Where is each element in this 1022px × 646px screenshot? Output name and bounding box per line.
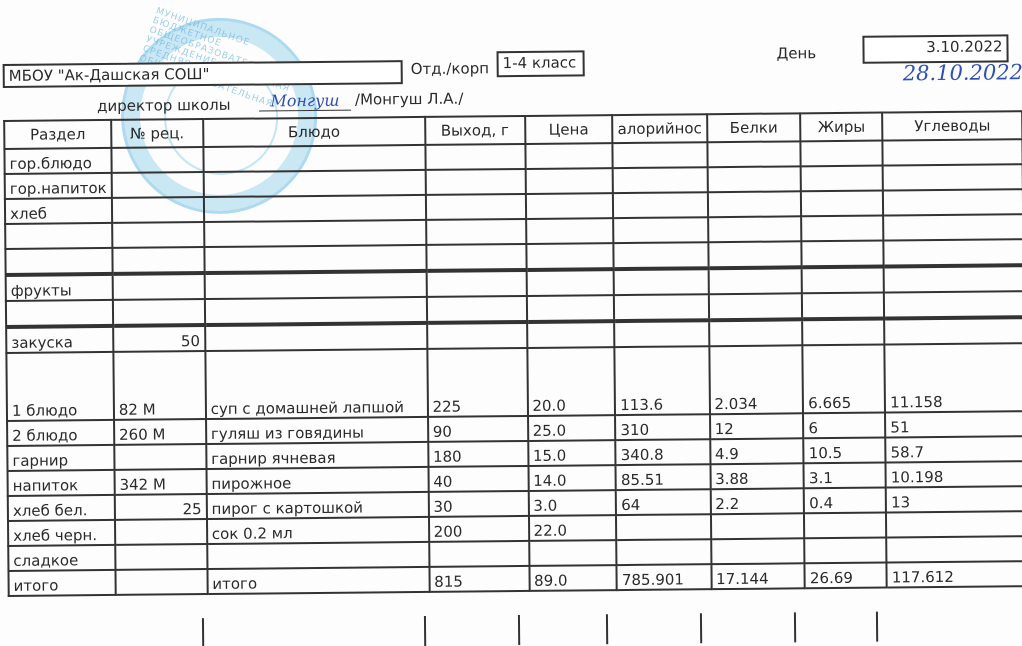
cell-price: 89.0	[529, 565, 617, 591]
cell-fat: 0.4	[804, 488, 886, 514]
cell-price	[525, 143, 613, 169]
cell-price: 15.0	[528, 440, 616, 466]
col-fat: Жиры	[800, 113, 882, 142]
cell-yield: 40	[428, 466, 528, 492]
cell-recipe	[112, 197, 204, 223]
cell-dish	[204, 220, 426, 247]
cell-protein	[709, 319, 803, 346]
cell-section: сладкое	[8, 545, 115, 571]
menu-table: Раздел № рец. Блюдо Выход, г Цена алорий…	[3, 110, 1022, 597]
cell-carbs: 11.158	[885, 343, 1022, 412]
cell-section: гор.блюдо	[4, 148, 111, 174]
cell-recipe	[115, 569, 207, 595]
cell-kcal	[617, 539, 711, 565]
cell-section: гарнир	[7, 445, 114, 471]
cell-carbs	[883, 214, 1022, 240]
cell-recipe	[112, 247, 204, 274]
cell-protein	[707, 191, 801, 217]
cell-yield	[425, 169, 525, 195]
cell-carbs	[884, 317, 1022, 344]
cell-fat: 6.665	[803, 345, 886, 414]
cell-yield: 30	[428, 491, 528, 517]
cell-dish: суп с домашней лапшой	[205, 349, 428, 419]
col-yield: Выход, г	[425, 116, 525, 145]
cell-yield: 200	[429, 516, 529, 542]
department-label: Отд./корп	[411, 59, 489, 78]
cell-price	[525, 168, 613, 194]
cell-fat	[802, 241, 884, 268]
cell-recipe: 25	[115, 494, 207, 520]
cell-protein: 4.9	[710, 438, 804, 464]
cell-section	[5, 248, 112, 275]
cell-carbs: 117.612	[887, 561, 1022, 587]
cell-yield	[426, 194, 526, 220]
col-price: Цена	[525, 115, 613, 144]
day-field: 3.10.2022	[862, 34, 1008, 63]
cell-recipe	[113, 273, 205, 300]
cell-yield	[429, 541, 529, 567]
cell-fat: 10.5	[804, 438, 886, 464]
cell-protein: 17.144	[711, 563, 805, 589]
cell-price: 20.0	[527, 347, 615, 416]
cell-recipe: 260 М	[114, 419, 206, 445]
col-dish: Блюдо	[203, 117, 425, 147]
school-name-field: МБОУ "Ак-Дашская СОШ"	[3, 60, 403, 88]
cell-kcal	[614, 294, 708, 321]
cell-recipe	[111, 147, 203, 173]
cell-price	[525, 193, 613, 219]
cell-carbs	[883, 139, 1022, 165]
cell-kcal	[614, 320, 708, 347]
cell-fat: 26.69	[805, 563, 887, 589]
cell-carbs: 58.7	[885, 436, 1022, 462]
cell-dish: пирожное	[206, 467, 428, 494]
cell-recipe	[112, 172, 204, 198]
cell-recipe: 50	[113, 325, 205, 352]
cell-kcal	[613, 217, 707, 243]
col-recipe: № рец.	[111, 119, 203, 148]
cell-carbs	[884, 291, 1022, 318]
cell-section: закуска	[6, 326, 113, 353]
cell-fat	[802, 293, 884, 320]
cell-protein	[711, 538, 805, 564]
director-signature: Монгуш	[259, 91, 351, 112]
cell-kcal: 785.901	[617, 564, 711, 590]
cell-carbs: 13	[886, 486, 1022, 512]
cell-carbs	[884, 265, 1022, 292]
cell-dish: гуляш из говядины	[206, 417, 428, 444]
cell-yield: 180	[428, 441, 528, 467]
cell-protein: 3.88	[710, 463, 804, 489]
cell-dish	[207, 542, 429, 569]
cell-yield	[426, 219, 526, 245]
cell-fat: 3.1	[804, 463, 886, 489]
cell-yield	[426, 296, 526, 323]
cell-fat	[802, 267, 884, 294]
cell-price: 25.0	[528, 415, 616, 441]
cell-protein	[707, 166, 801, 192]
cell-dish	[204, 195, 426, 222]
cell-protein	[710, 513, 804, 539]
cell-kcal: 113.6	[615, 346, 710, 415]
cell-section: фрукты	[6, 274, 113, 301]
cell-price	[526, 243, 614, 270]
director-label: директор школы	[97, 96, 231, 115]
cell-price: 14.0	[528, 465, 616, 491]
cell-yield	[425, 144, 525, 170]
cell-kcal	[616, 514, 710, 540]
cell-price	[526, 269, 614, 296]
cell-dish	[204, 271, 426, 299]
cell-dish: гарнир ячневая	[206, 442, 428, 469]
cell-kcal	[613, 167, 707, 193]
cell-section: итого	[8, 570, 115, 596]
menu-document: МУНИЦИПАЛЬНОЕ БЮДЖЕТНОЕ ОБЩЕОБРАЗОВАТЕЛЬ…	[0, 0, 1022, 646]
cell-section: гор.напиток	[5, 173, 112, 199]
cell-kcal: 85.51	[616, 464, 710, 490]
cell-fat: 6	[803, 413, 885, 439]
cell-kcal	[614, 268, 708, 295]
cell-protein	[708, 241, 802, 268]
col-kcal: алорийнос	[612, 114, 706, 143]
cell-section: 2 блюдо	[7, 420, 114, 446]
day-value: 3.10.2022	[926, 37, 1003, 56]
table-continuation-lines	[202, 610, 1022, 646]
cell-protein	[707, 141, 801, 167]
cell-recipe: 342 М	[114, 469, 206, 495]
cell-section: хлеб бел.	[8, 495, 115, 521]
cell-section: 1 блюдо	[6, 352, 114, 421]
cell-dish	[204, 245, 426, 273]
cell-dish: итого	[207, 567, 429, 594]
cell-dish	[205, 297, 427, 325]
cell-price	[526, 295, 614, 322]
cell-protein	[708, 293, 802, 320]
cell-dish	[205, 323, 427, 351]
cell-yield: 90	[428, 416, 528, 442]
cell-recipe	[114, 444, 206, 470]
cell-kcal: 64	[616, 489, 710, 515]
cell-protein	[708, 267, 802, 294]
day-label: День	[776, 44, 816, 62]
cell-price	[527, 321, 615, 348]
cell-price: 3.0	[528, 490, 616, 516]
school-name: МБОУ "Ак-Дашская СОШ"	[9, 65, 210, 85]
cell-section	[5, 223, 112, 249]
cell-yield: 225	[427, 348, 528, 417]
cell-price	[526, 218, 614, 244]
table-row: 1 блюдо82 Мсуп с домашней лапшой22520.01…	[6, 343, 1022, 421]
director-name: /Монгуш Л.А./	[355, 90, 464, 109]
cell-carbs: 51	[885, 411, 1022, 437]
cell-section: напиток	[8, 470, 115, 496]
cell-kcal	[614, 242, 708, 269]
cell-price	[529, 540, 617, 566]
cell-kcal	[613, 192, 707, 218]
col-protein: Белки	[707, 113, 801, 142]
cell-dish: пирог с картошкой	[206, 492, 428, 519]
cell-protein: 2.034	[709, 345, 803, 414]
cell-kcal: 340.8	[616, 439, 710, 465]
cell-yield	[427, 322, 527, 349]
cell-protein: 12	[710, 413, 804, 439]
cell-fat	[801, 216, 883, 242]
cell-carbs	[886, 511, 1022, 537]
cell-dish: сок 0.2 мл	[207, 517, 429, 544]
col-section: Раздел	[4, 120, 111, 149]
handwritten-date: 28.10.2022	[903, 60, 1022, 85]
cell-dish	[203, 145, 425, 172]
cell-carbs	[883, 189, 1022, 215]
cell-price: 22.0	[528, 515, 616, 541]
cell-carbs: 10.198	[886, 461, 1022, 487]
cell-dish	[203, 170, 425, 197]
cell-protein: 2.2	[710, 488, 804, 514]
cell-yield	[426, 244, 526, 271]
cell-recipe	[112, 222, 204, 248]
cell-yield	[426, 270, 526, 297]
cell-carbs	[886, 536, 1022, 562]
cell-kcal: 310	[615, 414, 709, 440]
cell-kcal	[613, 142, 707, 168]
cell-carbs	[883, 164, 1022, 190]
cell-recipe	[115, 544, 207, 570]
cell-section: хлеб черн.	[8, 520, 115, 546]
cell-section	[6, 300, 113, 327]
cell-carbs	[884, 239, 1022, 266]
cell-fat	[801, 166, 883, 192]
cell-fat	[805, 538, 887, 564]
cell-fat	[802, 319, 884, 346]
cell-recipe	[113, 299, 205, 326]
cell-fat	[801, 191, 883, 217]
cell-recipe	[115, 519, 207, 545]
cell-fat	[804, 513, 886, 539]
col-carbs: Углеводы	[882, 111, 1022, 140]
cell-section: хлеб	[5, 198, 112, 224]
cell-protein	[708, 216, 802, 242]
department-field: 1-4 класс	[497, 50, 585, 77]
cell-fat	[801, 141, 883, 167]
department-value: 1-4 класс	[503, 53, 577, 72]
cell-yield: 815	[429, 566, 529, 592]
cell-recipe: 82 М	[113, 351, 205, 420]
